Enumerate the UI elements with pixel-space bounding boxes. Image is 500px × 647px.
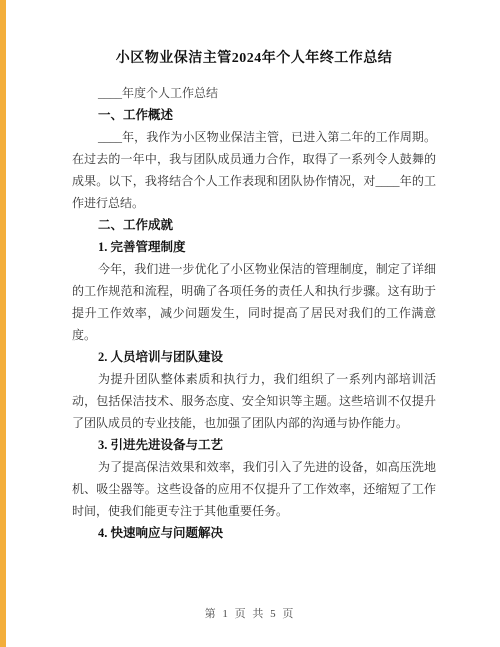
- paragraph-equipment: 为了提高保洁效果和效率，我们引入了先进的设备，如高压洗地机、吸尘器等。这些设备的…: [72, 456, 436, 522]
- doc-subtitle: ____年度个人工作总结: [72, 82, 436, 104]
- paragraph-management: 今年，我们进一步优化了小区物业保洁的管理制度，制定了详细的工作规范和流程，明确了…: [72, 258, 436, 346]
- document-content: 小区物业保洁主管2024年个人年终工作总结 ____年度个人工作总结 一、工作概…: [72, 48, 436, 544]
- doc-title: 小区物业保洁主管2024年个人年终工作总结: [72, 48, 436, 70]
- document-page: 小区物业保洁主管2024年个人年终工作总结 ____年度个人工作总结 一、工作概…: [0, 0, 500, 647]
- left-accent-stripe: [0, 0, 6, 647]
- section-heading-overview: 一、工作概述: [72, 104, 436, 126]
- page-number: 第 1 页 共 5 页: [0, 605, 500, 621]
- paragraph-overview: ____年，我作为小区物业保洁主管，已进入第二年的工作周期。在过去的一年中，我与…: [72, 126, 436, 214]
- subsection-heading-management: 1. 完善管理制度: [72, 236, 436, 258]
- paragraph-training: 为提升团队整体素质和执行力，我们组织了一系列内部培训活动，包括保洁技术、服务态度…: [72, 368, 436, 434]
- section-heading-achievements: 二、工作成就: [72, 214, 436, 236]
- subsection-heading-equipment: 3. 引进先进设备与工艺: [72, 434, 436, 456]
- subsection-heading-training: 2. 人员培训与团队建设: [72, 346, 436, 368]
- subsection-heading-response: 4. 快速响应与问题解决: [72, 522, 436, 544]
